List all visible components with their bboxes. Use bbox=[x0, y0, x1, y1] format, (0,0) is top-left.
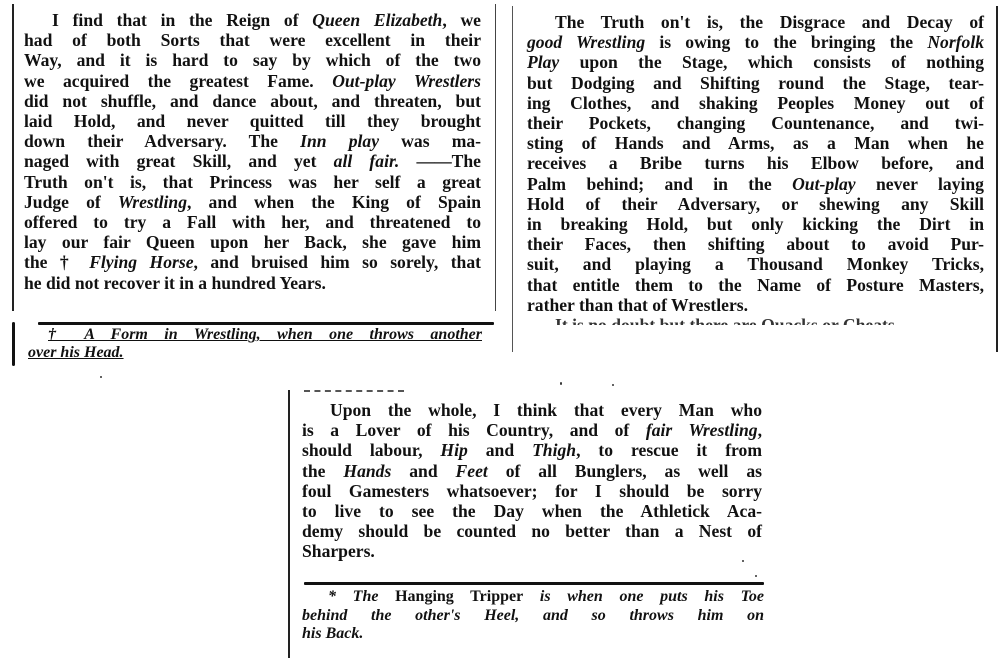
text-segment: , and bruised him so sorely, that bbox=[194, 252, 481, 272]
text-segment: should labour, bbox=[302, 440, 440, 460]
text-line: ing Clothes, and shaking Peoples Money o… bbox=[527, 93, 984, 113]
text-segment: and bbox=[391, 461, 455, 481]
footnote-flying-horse: † A Form in Wrestling, when one throws a… bbox=[12, 318, 496, 370]
text-line: lay our fair Queen upon her Back, she ga… bbox=[24, 232, 481, 252]
text-line: receives a Bribe turns his Elbow before,… bbox=[527, 153, 984, 173]
text-line: their Pockets, changing Countenance, and… bbox=[527, 113, 984, 133]
text-line: their Faces, then shifting about to avoi… bbox=[527, 234, 984, 254]
italic-phrase-inn-play: Inn play bbox=[300, 131, 379, 151]
scan-speck bbox=[755, 575, 757, 577]
text-segment: was ma- bbox=[379, 131, 481, 151]
scan-speck bbox=[560, 382, 562, 385]
text-line: foul Gamesters whatsoever; for I should … bbox=[302, 481, 762, 501]
text-line: should labour, Hip and Thigh, to rescue … bbox=[302, 440, 762, 460]
text-segment: of all Bunglers, as well as bbox=[488, 461, 762, 481]
torn-edge-rule bbox=[304, 390, 404, 394]
text-segment: is a Lover of his Country, and of bbox=[302, 420, 646, 440]
text-line: I find that in the Reign of Queen Elizab… bbox=[24, 10, 481, 30]
footnote-hanging-tripper: * The Hanging Tripper is when one puts h… bbox=[302, 588, 764, 644]
text-line: The Truth on't is, the Disgrace and Deca… bbox=[527, 12, 984, 32]
footnote-line: * The Hanging Tripper is when one puts h… bbox=[302, 588, 764, 607]
text-segment: is when one puts his Toe bbox=[523, 588, 764, 605]
text-line: Play upon the Stage, which consists of n… bbox=[527, 52, 984, 72]
scan-speck bbox=[100, 376, 102, 378]
text-line: is a Lover of his Country, and of fair W… bbox=[302, 420, 762, 440]
text-line: Palm behind; and in the Out-play never l… bbox=[527, 174, 984, 194]
text-segment: Judge of bbox=[24, 192, 118, 212]
footnote-rule bbox=[304, 582, 764, 585]
italic-word-feet: Feet bbox=[456, 461, 488, 481]
text-line: did not shuffle, and dance about, and th… bbox=[24, 91, 481, 111]
text-segment: I find that in the Reign of bbox=[52, 10, 312, 30]
term-hanging-tripper: Hanging Tripper bbox=[395, 588, 523, 605]
footnote-rule bbox=[38, 322, 494, 325]
text-line: naged with great Skill, and yet all fair… bbox=[24, 151, 481, 171]
footnote-line: behind the other's Heel, and so throws h… bbox=[302, 607, 764, 626]
clipping-right-column: The Truth on't is, the Disgrace and Deca… bbox=[512, 6, 998, 352]
text-segment: the bbox=[302, 461, 343, 481]
text-line: we acquired the greatest Fame. Out-play … bbox=[24, 71, 481, 91]
text-segment: , bbox=[758, 420, 762, 440]
italic-word-hands: Hands bbox=[343, 461, 391, 481]
text-line: Hold of their Adversary, or shewing any … bbox=[527, 194, 984, 214]
text-line: the Hands and Feet of all Bunglers, as w… bbox=[302, 461, 762, 481]
text-line: offered to try a Fall with her, and thre… bbox=[24, 212, 481, 232]
clipping-body: Upon the whole, I think that every Man w… bbox=[302, 394, 764, 562]
scan-speck bbox=[742, 560, 744, 562]
footnote-line: † A Form in Wrestling, when one throws a… bbox=[28, 326, 482, 344]
text-segment: naged with great Skill, and yet bbox=[24, 151, 334, 171]
text-segment: Palm behind; and in the bbox=[527, 174, 792, 194]
text-line: that entitle them to the Name of Posture… bbox=[527, 275, 984, 295]
italic-phrase-flying-horse: Flying Horse bbox=[89, 252, 193, 272]
text-line: but Dodging and Shifting round the Stage… bbox=[527, 73, 984, 93]
italic-word-hip: Hip bbox=[440, 440, 467, 460]
clipping-bottom: Upon the whole, I think that every Man w… bbox=[288, 390, 764, 658]
scan-speck bbox=[612, 384, 614, 386]
cut-off-text-line: It is no doubt but there are Quacks or C… bbox=[527, 315, 984, 325]
text-segment: , we bbox=[442, 10, 481, 30]
italic-word-thigh: Thigh bbox=[532, 440, 576, 460]
text-line: in breaking Hold, but only kicking the D… bbox=[527, 214, 984, 234]
italic-phrase-queen-elizabeth: Queen Elizabeth bbox=[312, 10, 442, 30]
text-line: the † Flying Horse, and bruised him so s… bbox=[24, 252, 481, 272]
italic-phrase-good-wrestling: good Wrestling bbox=[527, 32, 645, 52]
footnote-line: over his Head. bbox=[28, 344, 482, 362]
text-segment: upon the Stage, which consists of nothin… bbox=[559, 52, 984, 72]
text-line: down their Adversary. The Inn play was m… bbox=[24, 131, 481, 151]
italic-word-wrestling: Wrestling bbox=[118, 192, 187, 212]
text-line: had of both Sorts that were excellent in… bbox=[24, 30, 481, 50]
text-segment: is owing to the bringing the bbox=[645, 32, 927, 52]
text-line: demy should be counted no better than a … bbox=[302, 521, 762, 541]
bracket-mark bbox=[12, 322, 15, 366]
text-line: sting of Hands and Arms, as a Man when h… bbox=[527, 133, 984, 153]
text-line: Truth on't is, that Princess was her sel… bbox=[24, 172, 481, 192]
dagger-footnote-marker: the † bbox=[24, 252, 89, 272]
text-segment: , and when the King of Spain bbox=[187, 192, 481, 212]
clipping-left-column: I find that in the Reign of Queen Elizab… bbox=[12, 4, 496, 311]
text-segment: down their Adversary. The bbox=[24, 131, 300, 151]
text-segment: never laying bbox=[856, 174, 984, 194]
text-line: to live to see the Day when the Athletic… bbox=[302, 501, 762, 521]
text-line: Judge of Wrestling, and when the King of… bbox=[24, 192, 481, 212]
text-line: Upon the whole, I think that every Man w… bbox=[302, 400, 762, 420]
text-line: suit, and playing a Thousand Monkey Tric… bbox=[527, 254, 984, 274]
text-segment: ——The bbox=[399, 151, 481, 171]
text-line: he did not recover it in a hundred Years… bbox=[24, 273, 481, 293]
footnote-line: his Back. bbox=[302, 625, 764, 644]
text-segment: and bbox=[468, 440, 532, 460]
italic-word-norfolk: Norfolk bbox=[927, 32, 984, 52]
italic-phrase-out-play-wrestlers: Out-play Wrestlers bbox=[332, 71, 481, 91]
italic-phrase-fair-wrestling: fair Wrestling bbox=[646, 420, 758, 440]
text-segment: , to rescue it from bbox=[576, 440, 762, 460]
text-line: Way, and it is hard to say by which of t… bbox=[24, 50, 481, 70]
italic-phrase-all-fair: all fair. bbox=[334, 151, 400, 171]
text-line: Sharpers. bbox=[302, 541, 762, 561]
text-line: good Wrestling is owing to the bringing … bbox=[527, 32, 984, 52]
text-line: laid Hold, and never quitted till they b… bbox=[24, 111, 481, 131]
asterisk-footnote-marker: * The bbox=[328, 588, 395, 605]
text-segment: we acquired the greatest Fame. bbox=[24, 71, 332, 91]
italic-word-play: Play bbox=[527, 52, 559, 72]
italic-word-out-play: Out-play bbox=[792, 174, 856, 194]
text-line: rather than that of Wrestlers. bbox=[527, 295, 984, 315]
